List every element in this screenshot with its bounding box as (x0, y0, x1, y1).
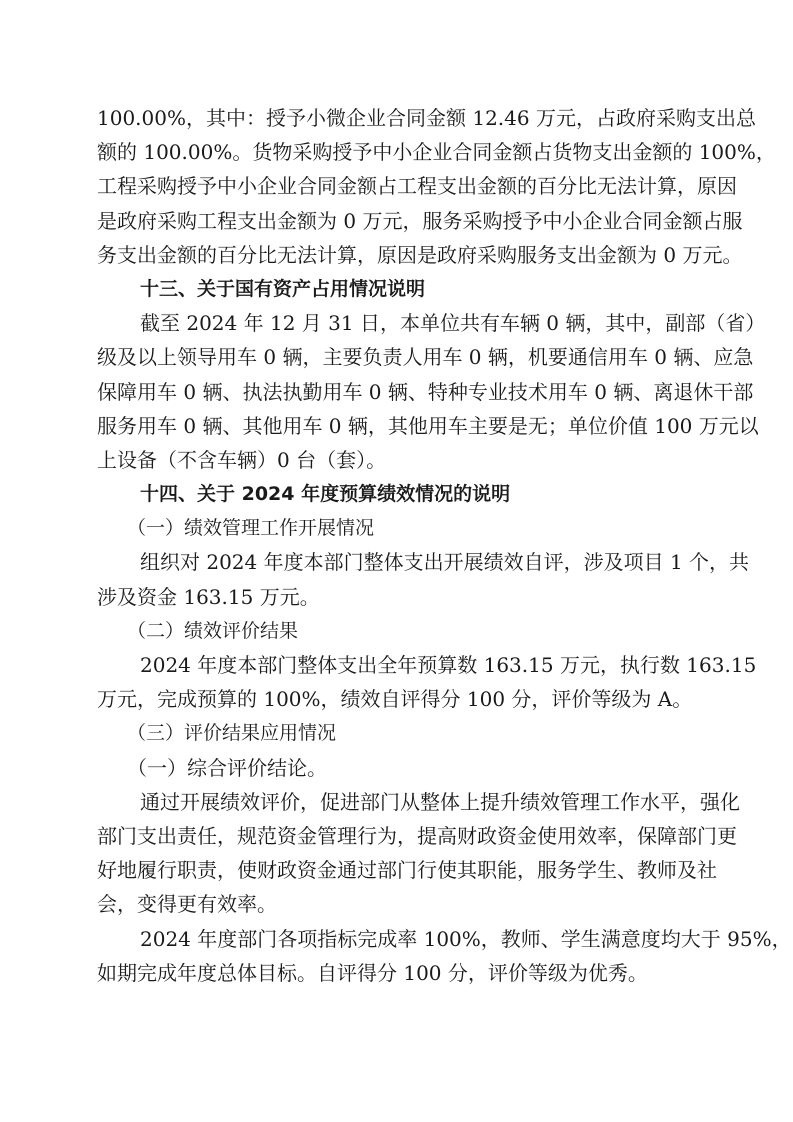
text-line: 保障用车 0 辆、执法执勤用车 0 辆、特种专业技术用车 0 辆、离退休干部 (97, 375, 698, 409)
paragraph-state-assets: 截至 2024 年 12 月 31 日，本单位共有车辆 0 辆，其中，副部（省）… (97, 306, 698, 477)
text-line: 100.00%，其中：授予小微企业合同金额 12.46 万元，占政府采购支出总 (97, 101, 698, 135)
text-line: 通过开展绩效评价，促进部门从整体上提升绩效管理工作水平，强化 (97, 785, 698, 819)
paragraph-evaluation-result: 2024 年度本部门整体支出全年预算数 163.15 万元，执行数 163.15… (97, 648, 698, 716)
paragraph-indicators: 2024 年度部门各项指标完成率 100%，教师、学生满意度均大于 95%， 如… (97, 922, 698, 990)
text-line: 2024 年度部门各项指标完成率 100%，教师、学生满意度均大于 95%， (97, 922, 698, 956)
text-line: 会，变得更有效率。 (97, 887, 698, 921)
text-line: 如期完成年度总体目标。自评得分 100 分，评价等级为优秀。 (97, 956, 698, 990)
subsub-heading-conclusion: （一）综合评价结论。 (97, 751, 698, 785)
text-line: 上设备（不含车辆）0 台（套）。 (97, 443, 698, 477)
text-line: 部门支出责任，规范资金管理行为，提高财政资金使用效率，保障部门更 (97, 819, 698, 853)
text-line: 是政府采购工程支出金额为 0 万元，服务采购授予中小企业合同金额占服 (97, 204, 698, 238)
subsection-heading-3: （三）评价结果应用情况 (97, 716, 698, 750)
paragraph-conclusion: 通过开展绩效评价，促进部门从整体上提升绩效管理工作水平，强化 部门支出责任，规范… (97, 785, 698, 922)
text-line: 涉及资金 163.15 万元。 (97, 580, 698, 614)
text-line: 务支出金额的百分比无法计算，原因是政府采购服务支出金额为 0 万元。 (97, 238, 698, 272)
text-line: 服务用车 0 辆、其他用车 0 辆，其他用车主要是无；单位价值 100 万元以 (97, 409, 698, 443)
document-page: 100.00%，其中：授予小微企业合同金额 12.46 万元，占政府采购支出总 … (97, 101, 698, 990)
text-line: 2024 年度本部门整体支出全年预算数 163.15 万元，执行数 163.15 (97, 648, 698, 682)
text-line: 组织对 2024 年度本部门整体支出开展绩效自评，涉及项目 1 个，共 (97, 545, 698, 579)
paragraph-performance-management: 组织对 2024 年度本部门整体支出开展绩效自评，涉及项目 1 个，共 涉及资金… (97, 545, 698, 613)
text-line: 截至 2024 年 12 月 31 日，本单位共有车辆 0 辆，其中，副部（省） (97, 306, 698, 340)
subsection-heading-2: （二）绩效评价结果 (97, 614, 698, 648)
text-line: 好地履行职责，使财政资金通过部门行使其职能，服务学生、教师及社 (97, 853, 698, 887)
text-line: 万元，完成预算的 100%，绩效自评得分 100 分，评价等级为 A。 (97, 682, 698, 716)
text-line: 级及以上领导用车 0 辆，主要负责人用车 0 辆，机要通信用车 0 辆、应急 (97, 340, 698, 374)
subsection-heading-1: （一）绩效管理工作开展情况 (97, 511, 698, 545)
text-line: 工程采购授予中小企业合同金额占工程支出金额的百分比无法计算，原因 (97, 169, 698, 203)
section-heading-14: 十四、关于 2024 年度预算绩效情况的说明 (97, 477, 698, 511)
text-line: 额的 100.00%。货物采购授予中小企业合同金额占货物支出金额的 100%， (97, 135, 698, 169)
section-heading-13: 十三、关于国有资产占用情况说明 (97, 272, 698, 306)
paragraph-procurement: 100.00%，其中：授予小微企业合同金额 12.46 万元，占政府采购支出总 … (97, 101, 698, 272)
